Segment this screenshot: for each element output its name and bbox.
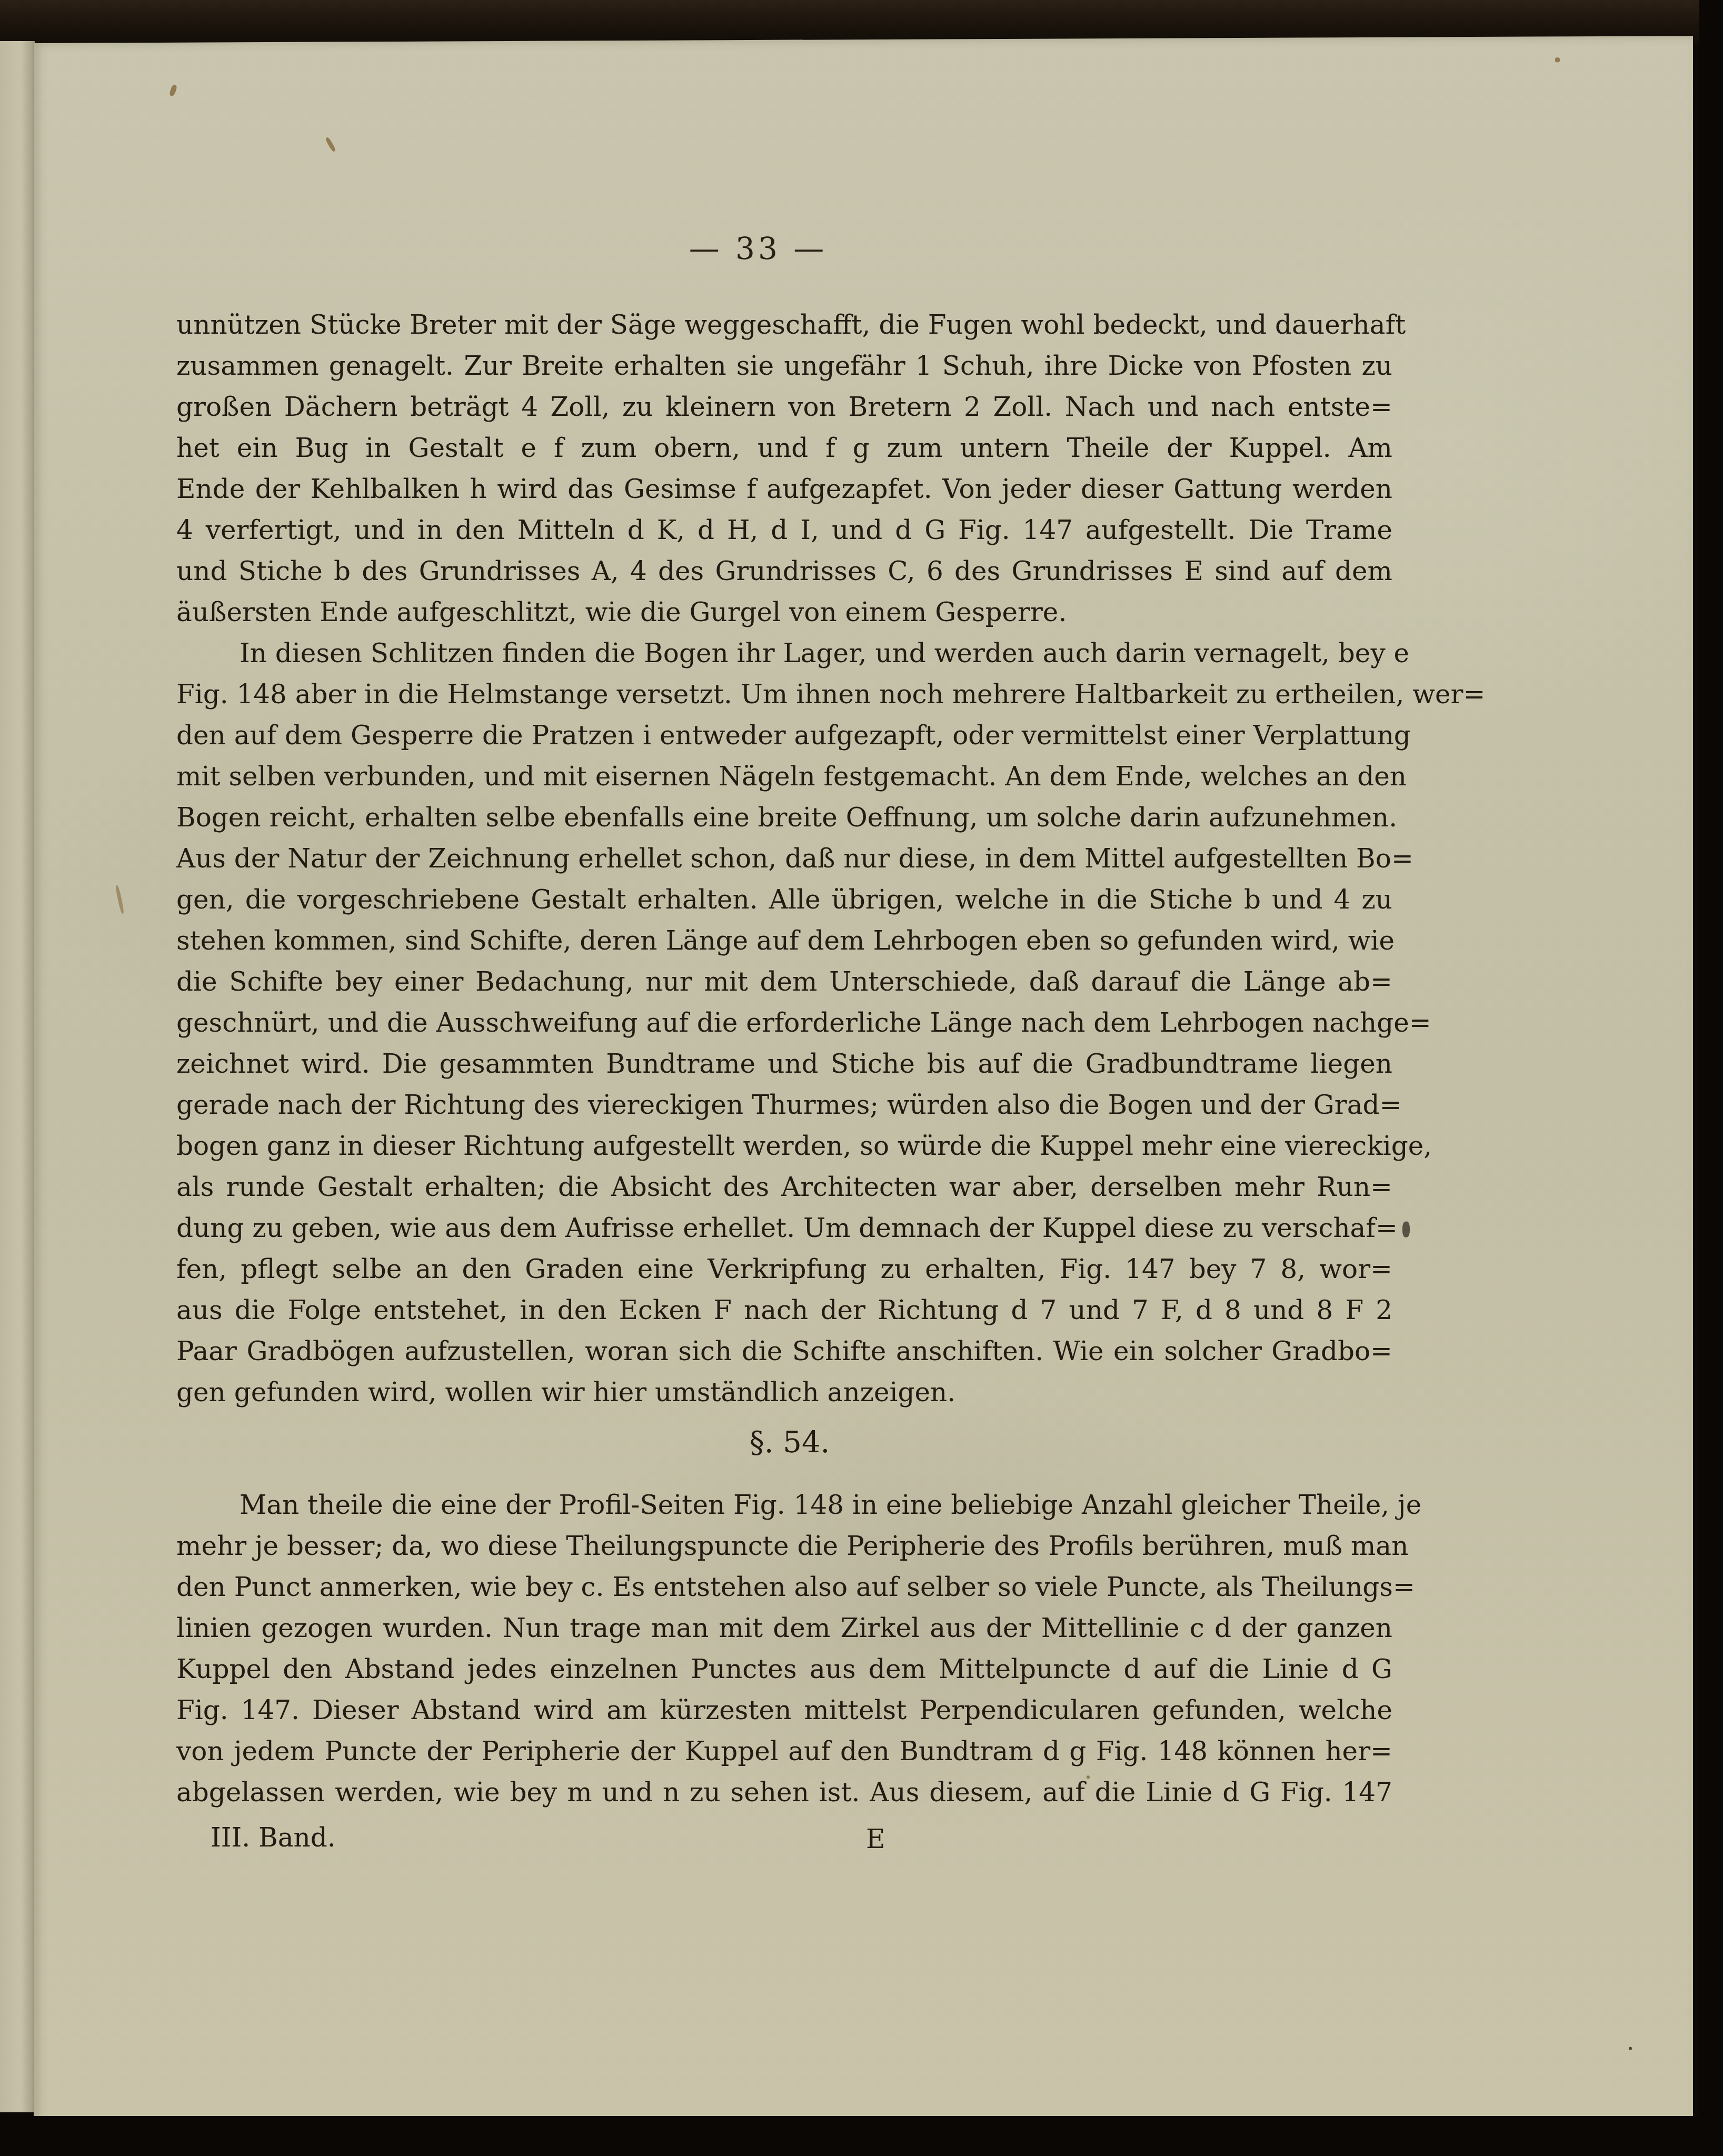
text-line: Kuppel den Abstand jedes einzelnen Punct… (176, 1649, 1392, 1690)
text-line: abgelassen werden, wie bey m und n zu se… (176, 1772, 1392, 1813)
text-line: geschnürt, und die Ausschweifung auf die… (176, 1002, 1392, 1043)
text-line: Fig. 147. Dieser Abstand wird am kürzest… (176, 1690, 1392, 1731)
paper-fleck (169, 84, 178, 97)
text-line: äußersten Ende aufgeschlitzt, wie die Gu… (176, 592, 1392, 633)
adjacent-page-edge (0, 41, 35, 2112)
text-line: zusammen genagelt. Zur Breite erhalten s… (176, 345, 1392, 386)
scan-canvas: — 33 — unnützen Stücke Breter mit der Sä… (0, 0, 1723, 2156)
text-line: mehr je besser; da, wo diese Theilungspu… (176, 1525, 1392, 1566)
text-line: großen Dächern beträgt 4 Zoll, zu kleine… (176, 386, 1392, 427)
paper-fleck (115, 885, 124, 914)
volume-signature: III. Band. (211, 1822, 336, 1853)
text-line: gerade nach der Richtung des viereckigen… (176, 1084, 1392, 1125)
text-line: aus die Folge entstehet, in den Ecken F … (176, 1290, 1392, 1331)
text-line: Fig. 148 aber in die Helmstange versetzt… (176, 674, 1392, 715)
body-text-upper: unnützen Stücke Breter mit der Säge wegg… (176, 304, 1392, 1413)
body-text-lower: Man theile die eine der Profil-Seiten Fi… (176, 1484, 1392, 1813)
text-line: gen, die vorgeschriebene Gestalt erhalte… (176, 879, 1392, 920)
text-line: dung zu geben, wie aus dem Aufrisse erhe… (176, 1207, 1392, 1249)
paper-fleck (1402, 1222, 1410, 1237)
text-line: Aus der Natur der Zeichnung erhellet sch… (176, 838, 1392, 879)
text-line: als runde Gestalt erhalten; die Absicht … (176, 1166, 1392, 1207)
page-number: — 33 — (653, 231, 863, 266)
section-heading: §. 54. (684, 1425, 895, 1460)
paper-fleck (1555, 57, 1560, 62)
text-line: Paar Gradbögen aufzustellen, woran sich … (176, 1331, 1392, 1372)
text-line: und Stiche b des Grundrisses A, 4 des Gr… (176, 551, 1392, 592)
text-line: het ein Bug in Gestalt e f zum obern, un… (176, 427, 1392, 468)
text-line: linien gezogen wurden. Nun trage man mit… (176, 1608, 1392, 1649)
text-line: den auf dem Gesperre die Pratzen i entwe… (176, 715, 1392, 756)
text-line: zeichnet wird. Die gesammten Bundtrame u… (176, 1043, 1392, 1084)
text-line: die Schifte bey einer Bedachung, nur mit… (176, 961, 1392, 1002)
text-line: Man theile die eine der Profil-Seiten Fi… (176, 1484, 1392, 1525)
text-line: In diesen Schlitzen finden die Bogen ihr… (176, 633, 1392, 674)
scan-background-right (1699, 0, 1723, 2156)
scan-background-bottom (0, 2116, 1723, 2156)
text-line: unnützen Stücke Breter mit der Säge wegg… (176, 304, 1392, 345)
text-line: gen gefunden wird, wollen wir hier umstä… (176, 1372, 1392, 1413)
paper-fleck (1629, 2047, 1632, 2050)
text-line: fen, pflegt selbe an den Graden eine Ver… (176, 1249, 1392, 1290)
text-line: von jedem Puncte der Peripherie der Kupp… (176, 1731, 1392, 1772)
text-line: bogen ganz in dieser Richtung aufgestell… (176, 1125, 1392, 1166)
text-line: mit selben verbunden, und mit eisernen N… (176, 756, 1392, 797)
sheet-signature: E (866, 1824, 885, 1854)
text-line: stehen kommen, sind Schifte, deren Länge… (176, 920, 1392, 961)
paper-fleck (325, 137, 336, 153)
text-line: 4 verfertigt, und in den Mitteln d K, d … (176, 510, 1392, 551)
text-line: den Punct anmerken, wie bey c. Es entste… (176, 1566, 1392, 1608)
text-line: Ende der Kehlbalken h wird das Gesimse f… (176, 468, 1392, 510)
text-line: Bogen reicht, erhalten selbe ebenfalls e… (176, 797, 1392, 838)
